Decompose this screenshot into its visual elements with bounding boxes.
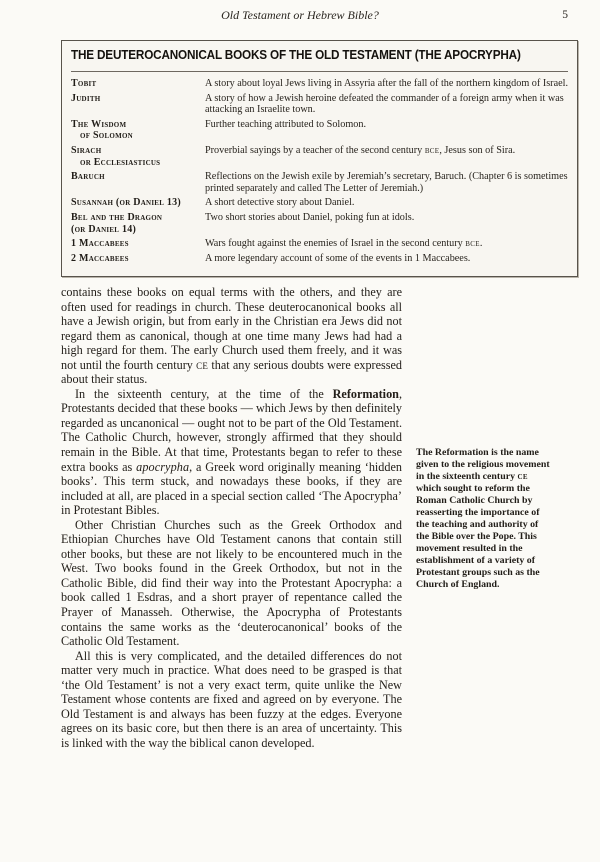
apocrypha-table: THE DEUTEROCANONICAL BOOKS OF THE OLD TE… xyxy=(61,40,578,277)
book-name-line1: The Wisdom xyxy=(71,119,197,131)
table-row: Baruch Reflections on the Jewish exile b… xyxy=(71,171,568,194)
book-name-line1: 2 Maccabees xyxy=(71,253,197,265)
book-name-line1: Bel and the Dragon xyxy=(71,212,197,224)
book-description: A more legendary account of some of the … xyxy=(205,253,568,265)
paragraph: contains these books on equal terms with… xyxy=(61,285,402,387)
book-name: Sirach or Ecclesiasticus xyxy=(71,145,197,168)
page-number: 5 xyxy=(562,9,568,21)
table-row: 1 Maccabees Wars fought against the enem… xyxy=(71,238,568,250)
table-row: Susannah (or Daniel 13) A short detectiv… xyxy=(71,197,568,209)
book-name: Judith xyxy=(71,93,197,116)
paragraph: Other Christian Churches such as the Gre… xyxy=(61,518,402,649)
table-row: Bel and the Dragon (or Daniel 14) Two sh… xyxy=(71,212,568,235)
table-row: The Wisdom of Solomon Further teaching a… xyxy=(71,119,568,142)
book-name-line1: 1 Maccabees xyxy=(71,238,197,250)
book-name: 2 Maccabees xyxy=(71,253,197,265)
book-description: Further teaching attributed to Solomon. xyxy=(205,119,568,142)
book-name-line1: Tobit xyxy=(71,78,197,90)
margin-note: The Reformation is the name given to the… xyxy=(416,447,553,591)
paragraph: All this is very complicated, and the de… xyxy=(61,649,402,751)
body-text: contains these books on equal terms with… xyxy=(61,285,402,751)
book-name: Baruch xyxy=(71,171,197,194)
book-description: Two short stories about Daniel, poking f… xyxy=(205,212,568,235)
table-row: 2 Maccabees A more legendary account of … xyxy=(71,253,568,265)
book-description: A short detective story about Daniel. xyxy=(205,197,568,209)
table-title: THE DEUTEROCANONICAL BOOKS OF THE OLD TE… xyxy=(71,48,538,66)
book-name-line2: or Ecclesiasticus xyxy=(71,157,197,169)
book-name: Tobit xyxy=(71,78,197,90)
book-name-line1: Susannah (or Daniel 13) xyxy=(71,197,197,209)
paragraph: In the sixteenth century, at the time of… xyxy=(61,387,402,518)
book-description: Reflections on the Jewish exile by Jerem… xyxy=(205,171,568,194)
table-title-rule xyxy=(71,71,568,72)
book-name-line1: Judith xyxy=(71,93,197,105)
table-row: Sirach or Ecclesiasticus Proverbial sayi… xyxy=(71,145,568,168)
book-description: Wars fought against the enemies of Israe… xyxy=(205,238,568,250)
table-row: Judith A story of how a Jewish heroine d… xyxy=(71,93,568,116)
table-rows: Tobit A story about loyal Jews living in… xyxy=(71,78,568,264)
book-description: A story about loyal Jews living in Assyr… xyxy=(205,78,568,90)
book-name-line1: Sirach xyxy=(71,145,197,157)
book-name: Susannah (or Daniel 13) xyxy=(71,197,197,209)
book-name-line1: Baruch xyxy=(71,171,197,183)
book-description: Proverbial sayings by a teacher of the s… xyxy=(205,145,568,168)
page-header: Old Testament or Hebrew Bible? 5 xyxy=(0,8,600,26)
book-name: 1 Maccabees xyxy=(71,238,197,250)
book-name: The Wisdom of Solomon xyxy=(71,119,197,142)
table-row: Tobit A story about loyal Jews living in… xyxy=(71,78,568,90)
book-name-line2: (or Daniel 14) xyxy=(71,224,197,236)
book-name: Bel and the Dragon (or Daniel 14) xyxy=(71,212,197,235)
book-description: A story of how a Jewish heroine defeated… xyxy=(205,93,568,116)
book-name-line2: of Solomon xyxy=(71,130,197,142)
running-head: Old Testament or Hebrew Bible? xyxy=(0,8,600,23)
